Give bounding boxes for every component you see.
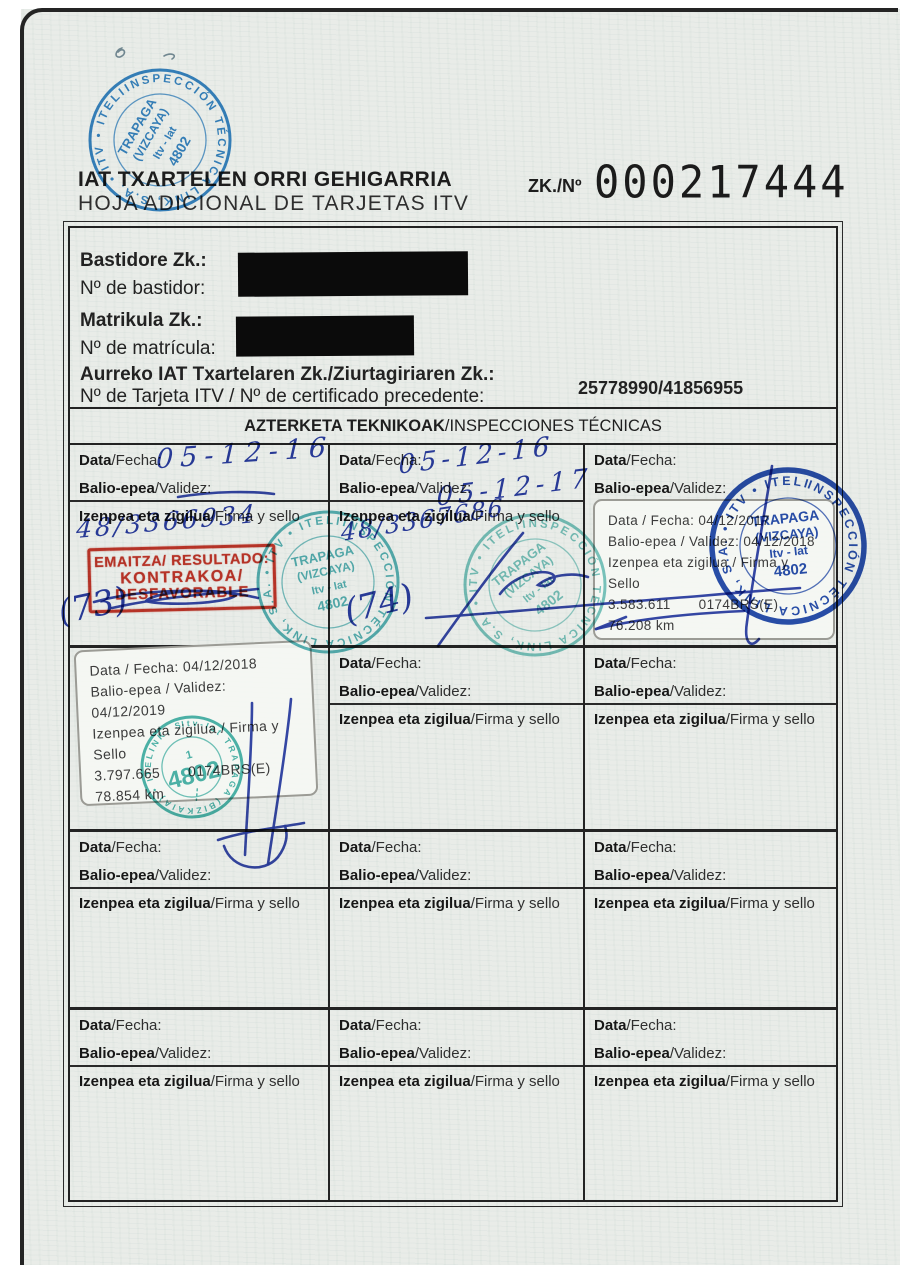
signature-label: Izenpea eta zigilua/Firma y sello <box>594 895 827 912</box>
plate-number-redaction <box>236 315 414 356</box>
precedent-number-value: 25778990/41856955 <box>578 378 743 399</box>
inspection-cell-r2c3: Data/Fecha: Balio-epea/Validez: Izenpea … <box>585 648 836 832</box>
date-label: Data/Fecha: <box>594 839 827 856</box>
signature-label: Izenpea eta zigilua/Firma y sello <box>339 711 574 728</box>
date-label: Data/Fecha: <box>339 839 574 856</box>
inspection-cell-r4c3: Data/Fecha: Balio-epea/Validez: Izenpea … <box>585 1010 836 1200</box>
signature-label: Izenpea eta zigilua/Firma y sello <box>594 711 827 728</box>
signature-label: Izenpea eta zigilua/Firma y sello <box>79 1073 319 1090</box>
validity-label: Balio-epea/Validez: <box>339 683 574 700</box>
section-title-es: INSPECCIONES TÉCNICAS <box>449 417 661 436</box>
inspection-cell-r3c1: Data/Fecha: Balio-epea/Validez: Izenpea … <box>70 832 330 1010</box>
svg-text:Itv - Iat: Itv - Iat <box>769 543 809 561</box>
inspection-cell-r4c1: Data/Fecha: Balio-epea/Validez: Izenpea … <box>70 1010 330 1200</box>
inspection-cell-r3c3: Data/Fecha: Balio-epea/Validez: Izenpea … <box>585 832 836 1010</box>
date-label: Data/Fecha: <box>79 839 319 856</box>
date-label: Data/Fecha: <box>594 655 827 672</box>
chassis-number-redaction <box>238 251 468 297</box>
inspection-cell-r3c2: Data/Fecha: Balio-epea/Validez: Izenpea … <box>330 832 585 1010</box>
precedent-label-es: Nº de Tarjeta ITV / Nº de certificado pr… <box>80 386 484 408</box>
vehicle-fields-section: Bastidore Zk.: Nº de bastidor: Matrikula… <box>70 228 836 409</box>
date-label: Data/Fecha: <box>79 1017 319 1034</box>
precedent-label-eu: Aurreko IAT Txartelaren Zk./Ziurtagiriar… <box>80 364 495 386</box>
validity-label: Balio-epea/Validez: <box>339 1045 574 1062</box>
plate-label-eu: Matrikula Zk.: <box>80 310 202 332</box>
validity-label: Balio-epea/Validez: <box>594 683 827 700</box>
svg-text:1: 1 <box>185 749 194 762</box>
sheet-number-label: ZK./Nº <box>528 176 582 197</box>
svg-text:4802: 4802 <box>773 560 808 580</box>
sheet-number-value: 000217444 <box>594 157 849 208</box>
validity-label: Balio-epea/Validez: <box>594 867 827 884</box>
validity-label: Balio-epea/Validez: <box>339 867 574 884</box>
signature-label: Izenpea eta zigilua/Firma y sello <box>339 1073 574 1090</box>
chassis-label-es: Nº de bastidor: <box>80 278 205 300</box>
validity-label: Balio-epea/Validez: <box>594 1045 827 1062</box>
plate-label-es: Nº de matrícula: <box>80 338 216 360</box>
validity-label: Balio-epea/Validez: <box>79 1045 319 1062</box>
signature-label: Izenpea eta zigilua/Firma y sello <box>339 895 574 912</box>
signature-label: Izenpea eta zigilua/Firma y sello <box>594 1073 827 1090</box>
svg-text:4802: 4802 <box>165 756 223 795</box>
section-title-eu: AZTERKETA TEKNIKOAK <box>244 417 445 436</box>
validity-label: Balio-epea/Validez: <box>79 867 319 884</box>
inspection-cell-r4c2: Data/Fecha: Balio-epea/Validez: Izenpea … <box>330 1010 585 1200</box>
scanned-itv-sheet: IAT TXARTELEN ORRI GEHIGARRIA HOJA ADICI… <box>0 0 900 1265</box>
signature-label: Izenpea eta zigilua/Firma y sello <box>79 895 319 912</box>
date-label: Data/Fecha: <box>594 1017 827 1034</box>
date-label: Data/Fecha: <box>339 1017 574 1034</box>
